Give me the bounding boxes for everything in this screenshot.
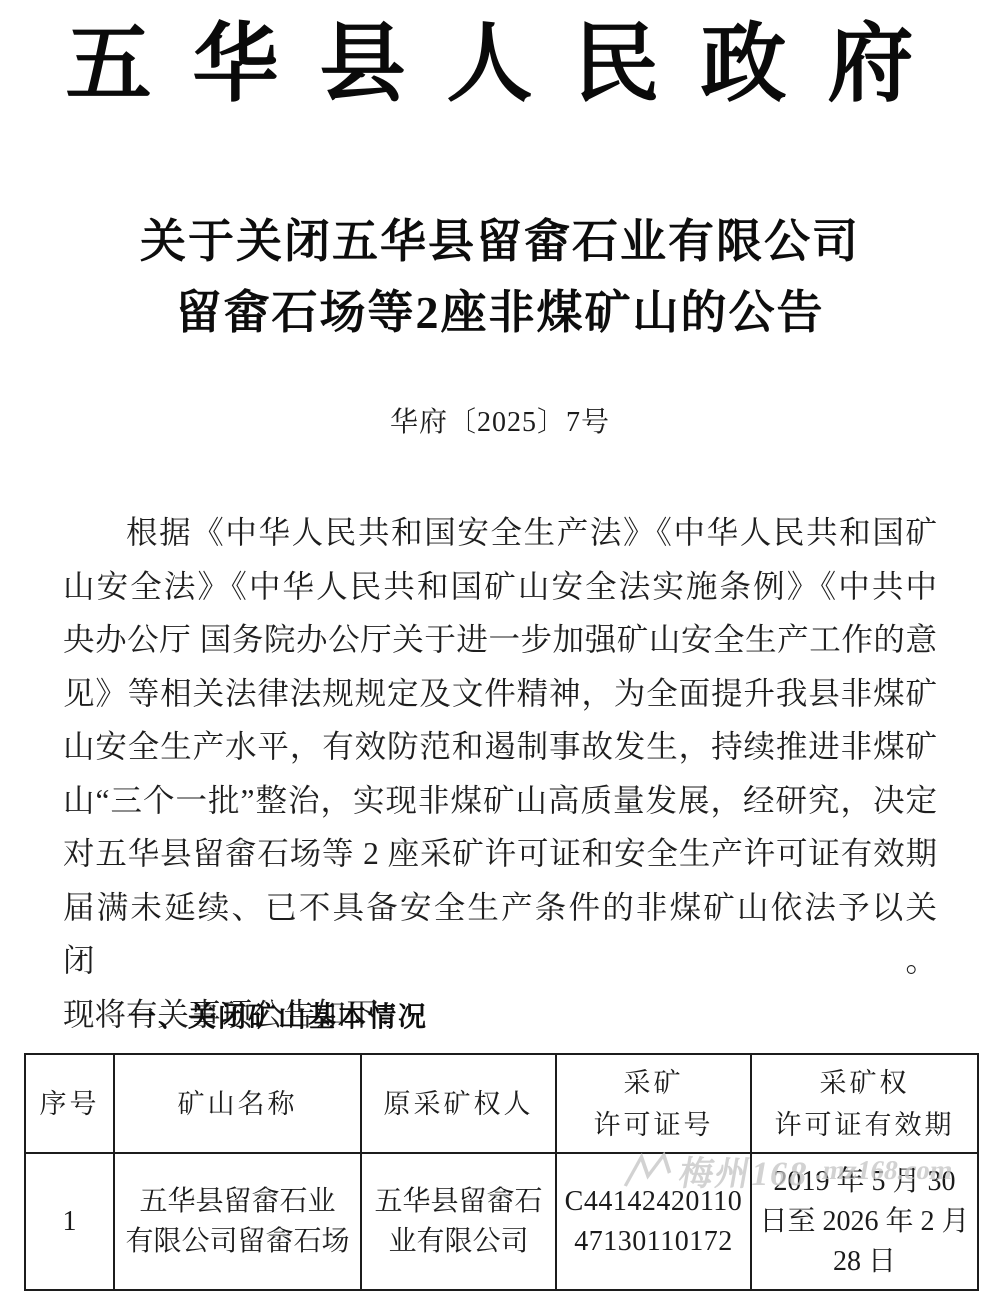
body-line: 山“三个一批”整治，实现非煤矿山高质量发展，经研究，决定: [63, 774, 937, 828]
document-reference-number: 华府〔2025〕7号: [0, 400, 1000, 440]
announcement-title: 关于关闭五华县留畲石业有限公司 留畲石场等2座非煤矿山的公告: [0, 206, 1000, 348]
cell-license-validity: 2019 年 5 月 30 日至 2026 年 2 月 28 日: [751, 1153, 978, 1290]
body-line: 山安全法》《中华人民共和国矿山安全法实施条例》《中共中: [63, 560, 937, 614]
mine-closure-table: 序号 矿山名称 原采矿权人 采矿 许可证号 采矿权 许可证有效期 1 五华县留畲…: [24, 1053, 979, 1291]
announcement-document: 五华县人民政府 关于关闭五华县留畲石业有限公司 留畲石场等2座非煤矿山的公告 华…: [0, 0, 1000, 1308]
announcement-title-line2: 留畲石场等2座非煤矿山的公告: [0, 277, 1000, 348]
body-paragraph: 根据《中华人民共和国安全生产法》《中华人民共和国矿 山安全法》《中华人民共和国矿…: [63, 506, 937, 1041]
col-header-license-no: 采矿 许可证号: [556, 1054, 751, 1153]
cell-seq: 1: [25, 1153, 114, 1290]
body-line: 山安全生产水平，有效防范和遏制事故发生，持续推进非煤矿: [63, 720, 937, 774]
body-line: 届满未延续、已不具备安全生产条件的非煤矿山依法予以关闭。: [63, 881, 937, 988]
table-row: 1 五华县留畲石业 有限公司留畲石场 五华县留畲石 业有限公司 C4414242…: [25, 1153, 978, 1290]
cell-license-no: C44142420110 47130110172: [556, 1153, 751, 1290]
body-line: 见》等相关法律法规规定及文件精神，为全面提升我县非煤矿: [63, 667, 937, 721]
announcement-title-line1: 关于关闭五华县留畲石业有限公司: [0, 206, 1000, 277]
body-line: 对五华县留畲石场等 2 座采矿许可证和安全生产许可证有效期: [63, 827, 937, 881]
mine-table-container: 序号 矿山名称 原采矿权人 采矿 许可证号 采矿权 许可证有效期 1 五华县留畲…: [24, 1053, 979, 1291]
cell-mine-name: 五华县留畲石业 有限公司留畲石场: [114, 1153, 361, 1290]
table-header-row: 序号 矿山名称 原采矿权人 采矿 许可证号 采矿权 许可证有效期: [25, 1054, 978, 1153]
cell-rights-holder: 五华县留畲石 业有限公司: [361, 1153, 556, 1290]
col-header-rights-holder: 原采矿权人: [361, 1054, 556, 1153]
body-line: 央办公厅 国务院办公厅关于进一步加强矿山安全生产工作的意: [63, 613, 937, 667]
col-header-seq: 序号: [25, 1054, 114, 1153]
col-header-mine-name: 矿山名称: [114, 1054, 361, 1153]
government-masthead: 五华县人民政府: [0, 16, 1000, 112]
section-heading: 一、关闭矿山基本情况: [128, 995, 428, 1035]
col-header-license-validity: 采矿权 许可证有效期: [751, 1054, 978, 1153]
body-line: 根据《中华人民共和国安全生产法》《中华人民共和国矿: [63, 506, 937, 560]
